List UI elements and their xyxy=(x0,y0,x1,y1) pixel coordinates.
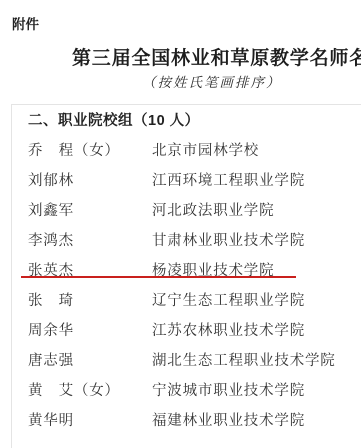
person-name: 周余华 xyxy=(28,316,152,346)
page-subtitle: （按姓氏笔画排序） xyxy=(142,71,282,91)
list-item: 刘鑫军河北政法职业学院 xyxy=(11,196,361,226)
page-title: 第三届全国林业和草原教学名师名单 xyxy=(72,43,361,70)
school-name: 杨凌职业技术学院 xyxy=(152,256,274,286)
list-item: 黄华明福建林业职业技术学院 xyxy=(11,406,361,436)
document-page: 附件 第三届全国林业和草原教学名师名单 （按姓氏笔画排序） 二、职业院校组（10… xyxy=(0,0,361,448)
list-item: 乔 程（女）北京市园林学校 xyxy=(11,136,361,166)
person-name: 黄华明 xyxy=(28,406,152,436)
list-item: 刘郁林江西环境工程职业学院 xyxy=(11,166,361,196)
list-item: 周余华江苏农林职业技术学院 xyxy=(11,316,361,346)
school-name: 辽宁生态工程职业学院 xyxy=(152,286,305,316)
school-name: 宁波城市职业技术学院 xyxy=(152,376,305,406)
page-top-border xyxy=(11,104,361,105)
list-item: 张英杰杨凌职业技术学院 xyxy=(11,256,361,286)
list-item: 黄 艾（女）宁波城市职业技术学院 xyxy=(11,376,361,406)
person-name: 张 琦 xyxy=(28,286,152,316)
school-name: 江西环境工程职业学院 xyxy=(152,166,305,196)
highlight-underline xyxy=(21,276,296,278)
person-name: 乔 程（女） xyxy=(28,136,152,166)
list-item: 唐志强湖北生态工程职业技术学院 xyxy=(11,346,361,376)
entries-list: 乔 程（女）北京市园林学校刘郁林江西环境工程职业学院刘鑫军河北政法职业学院李鸿杰… xyxy=(11,136,361,436)
school-name: 甘肃林业职业技术学院 xyxy=(152,226,305,256)
person-name: 刘郁林 xyxy=(28,166,152,196)
person-name: 黄 艾（女） xyxy=(28,376,152,406)
person-name: 李鸿杰 xyxy=(28,226,152,256)
school-name: 江苏农林职业技术学院 xyxy=(152,316,305,346)
person-name: 刘鑫军 xyxy=(28,196,152,226)
person-name: 唐志强 xyxy=(28,346,152,376)
school-name: 湖北生态工程职业技术学院 xyxy=(152,346,336,376)
section-heading: 二、职业院校组（10 人） xyxy=(28,109,200,130)
list-item: 张 琦辽宁生态工程职业学院 xyxy=(11,286,361,316)
school-name: 河北政法职业学院 xyxy=(152,196,274,226)
school-name: 北京市园林学校 xyxy=(152,136,259,166)
attachment-label: 附件 xyxy=(12,13,39,33)
person-name: 张英杰 xyxy=(28,256,152,286)
school-name: 福建林业职业技术学院 xyxy=(152,406,305,436)
list-item: 李鸿杰甘肃林业职业技术学院 xyxy=(11,226,361,256)
